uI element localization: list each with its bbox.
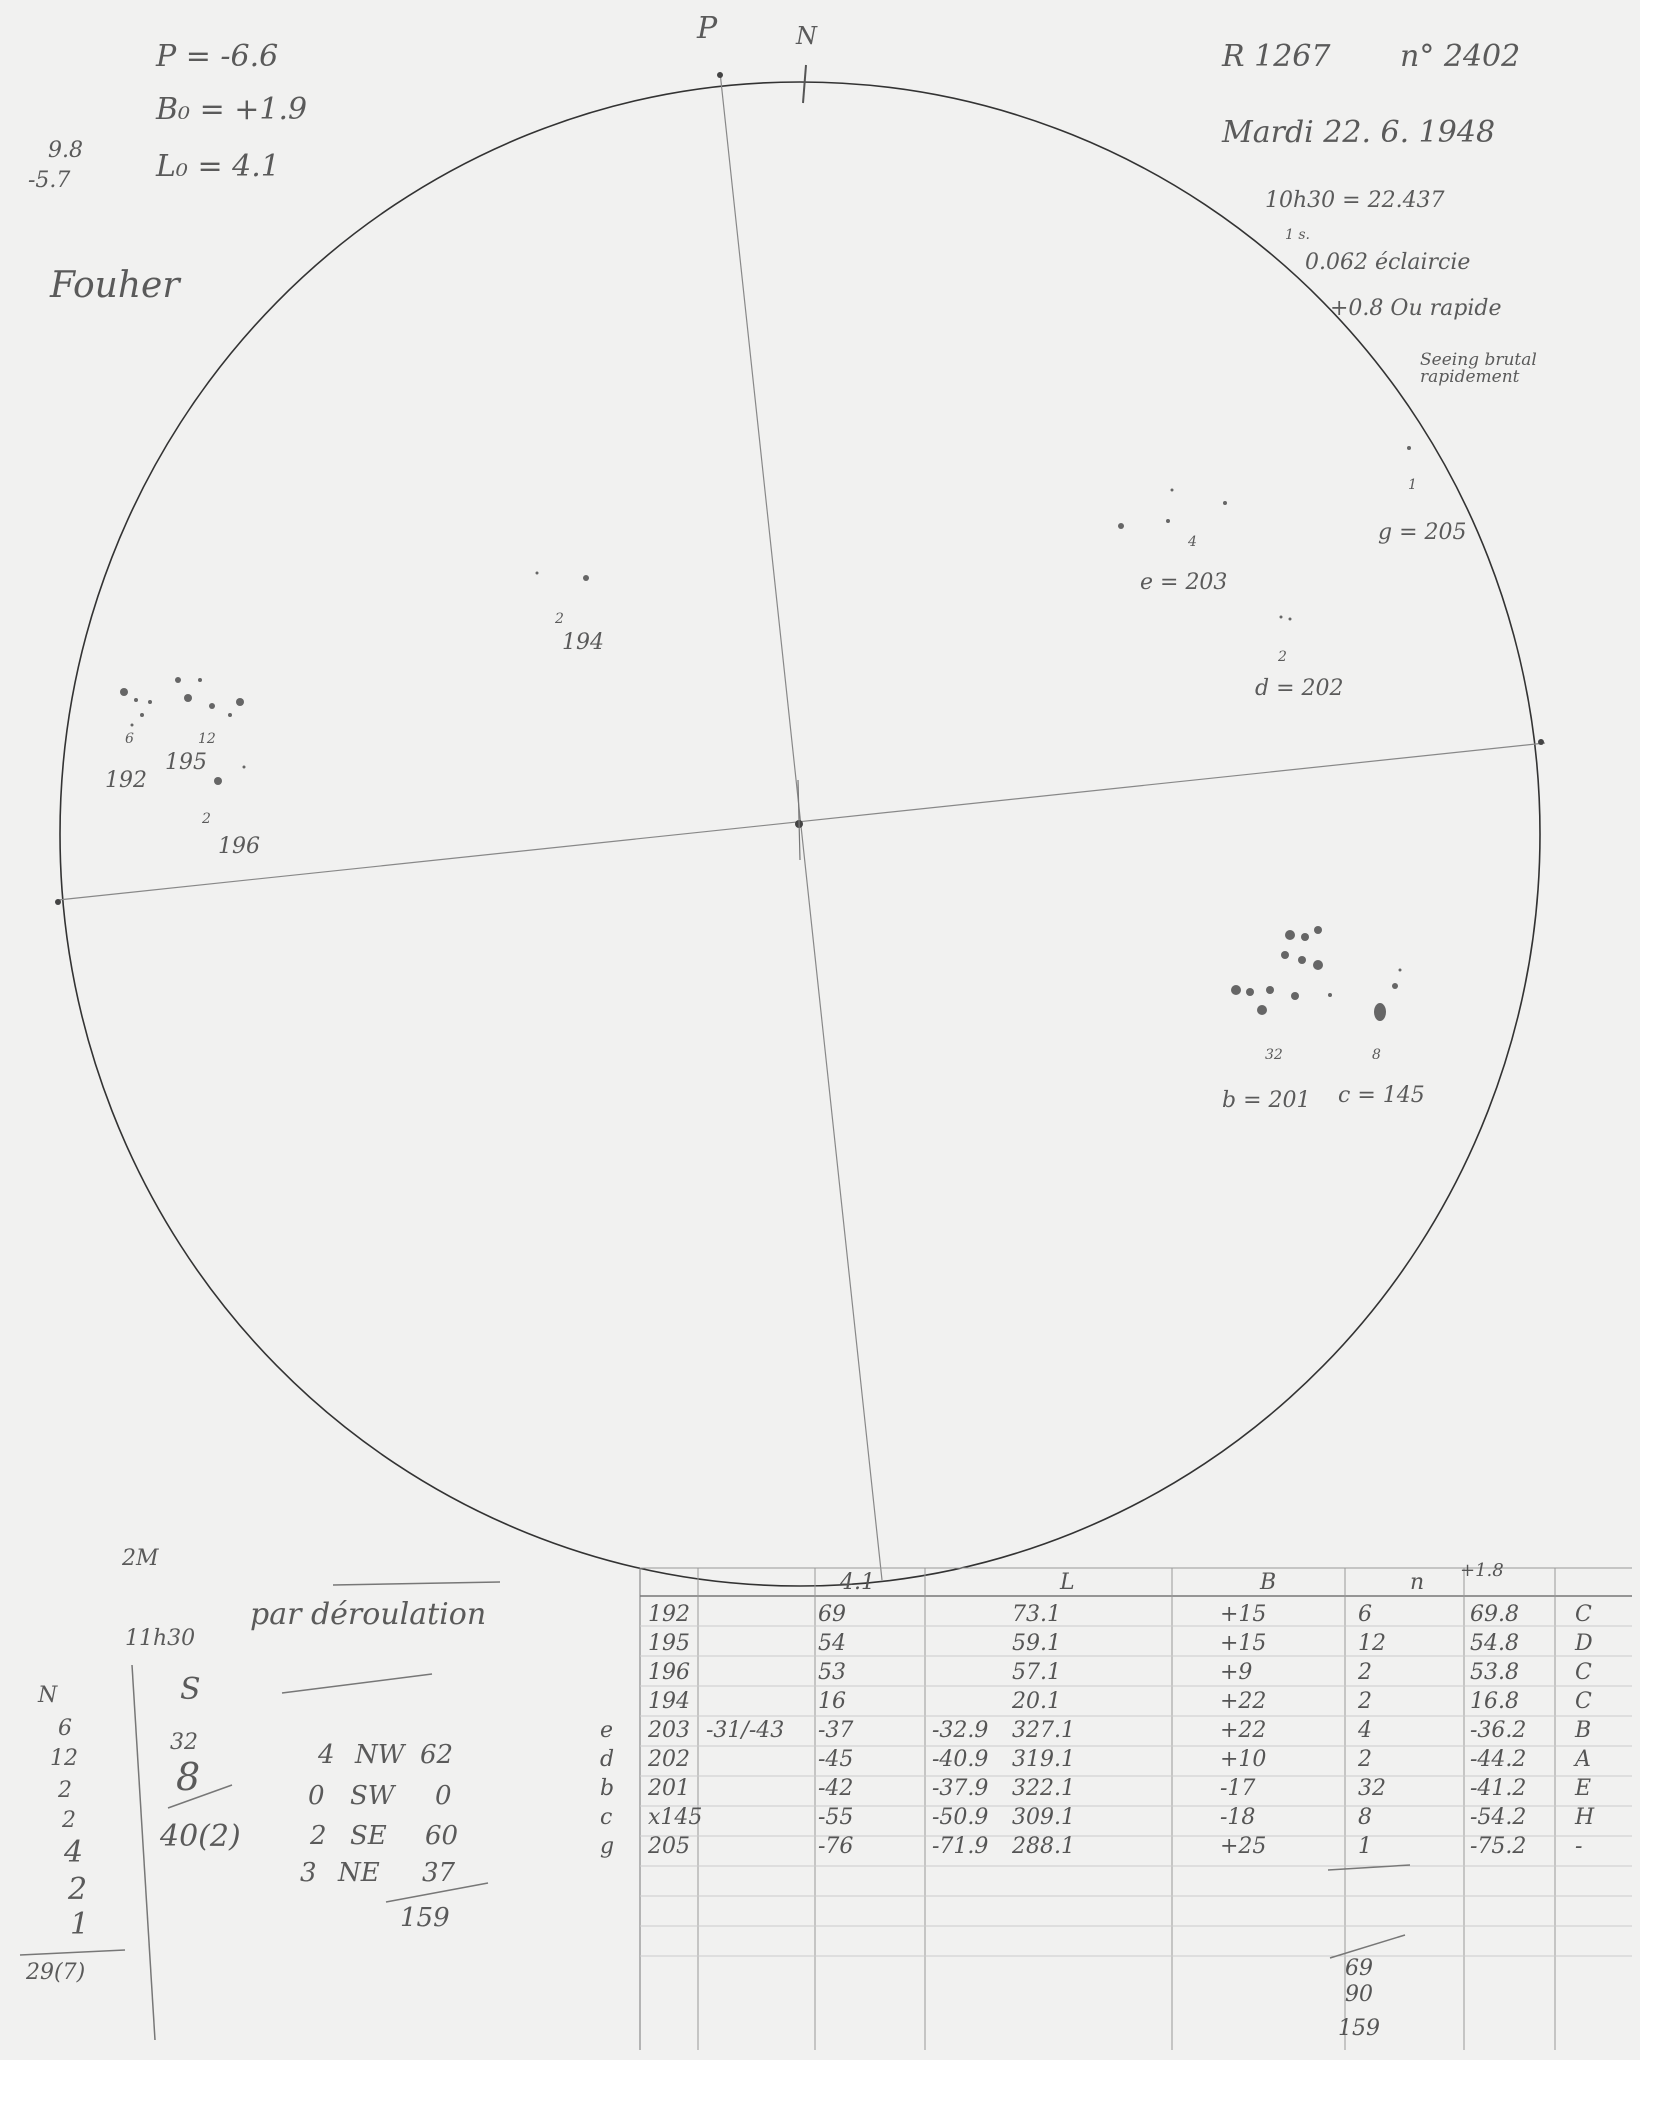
cell-n: 8: [1358, 1805, 1372, 1830]
cell-B: +22: [1220, 1718, 1266, 1743]
cell-cm: 69.8: [1470, 1602, 1519, 1627]
ns-divider: [132, 1665, 155, 2040]
p-angle-label: P = -6.6: [156, 42, 278, 72]
cell-letter: g: [600, 1834, 614, 1859]
cell-L: 59.1: [1012, 1631, 1061, 1656]
l0-label: L₀ = 4.1: [156, 152, 280, 182]
cell-L: 288.1: [1012, 1834, 1075, 1859]
pole-label-p: P: [697, 14, 717, 44]
cell-group: 201: [648, 1776, 690, 1801]
cell-cm: 53.8: [1470, 1660, 1519, 1685]
group-195-count: 12: [198, 732, 216, 746]
sunspot-marks: [120, 446, 1411, 1021]
time-value: 11h30: [125, 1628, 195, 1650]
cell-B: +9: [1220, 1660, 1252, 1685]
note-rapid: +0.8 Ou rapide: [1330, 298, 1501, 320]
group-c-label: c = 145: [1338, 1085, 1425, 1107]
cell-cm: -36.2: [1470, 1718, 1526, 1743]
n-subtotal-1: 69: [1345, 1956, 1373, 1981]
cell-group: 192: [648, 1602, 690, 1627]
cell-B: +15: [1220, 1602, 1266, 1627]
calc-bottom: -5.7: [28, 170, 70, 192]
cell-n: 2: [1358, 1747, 1372, 1772]
cell-B: -18: [1220, 1805, 1255, 1830]
cell-lon-diff: 53: [818, 1660, 846, 1685]
group-196-label: 196: [218, 836, 260, 858]
group-196-count: 2: [202, 812, 211, 826]
cell-cm: -44.2: [1470, 1747, 1526, 1772]
south-header: S: [180, 1675, 201, 1705]
cell-group: 203: [648, 1718, 690, 1743]
cell-lon-diff: 69: [818, 1602, 846, 1627]
cell-n: 32: [1358, 1776, 1386, 1801]
n-total: 159: [1338, 2016, 1380, 2041]
cell-class: D: [1575, 1631, 1593, 1656]
cell-n: 12: [1358, 1631, 1386, 1656]
cell-lon-diff: -37: [818, 1718, 853, 1743]
note-seeing: Seeing brutal rapidement: [1420, 352, 1610, 386]
observation-date: Mardi 22. 6. 1948: [1222, 118, 1495, 148]
cell-l-extra: -50.9: [932, 1805, 988, 1830]
cell-L: 57.1: [1012, 1660, 1061, 1685]
group-195-label: 195: [165, 752, 207, 774]
cell-L: 73.1: [1012, 1602, 1061, 1627]
group-194-label: 194: [562, 632, 604, 654]
cell-n: 1: [1358, 1834, 1372, 1859]
cell-l-extra: -32.9: [932, 1718, 988, 1743]
north-tick: [803, 65, 806, 103]
cell-class: C: [1575, 1602, 1592, 1627]
cell-lon-diff: -45: [818, 1747, 853, 1772]
cell-extra: -31/-43: [706, 1718, 784, 1743]
cell-cm: -54.2: [1470, 1805, 1526, 1830]
cell-group: 195: [648, 1631, 690, 1656]
group-b-label: b = 201: [1222, 1090, 1311, 1112]
cell-n: 2: [1358, 1689, 1372, 1714]
cell-letter: d: [600, 1747, 614, 1772]
cell-letter: e: [600, 1718, 613, 1743]
cell-letter: c: [600, 1805, 612, 1830]
cell-L: 20.1: [1012, 1689, 1061, 1714]
group-c-count: 8: [1372, 1048, 1381, 1062]
group-b-count: 32: [1265, 1048, 1283, 1062]
north-header: N: [38, 1685, 57, 1707]
cell-group: 194: [648, 1689, 690, 1714]
sheet-number: n° 2402: [1400, 42, 1520, 72]
cell-lon-diff: 16: [818, 1689, 846, 1714]
register-label: R 1267: [1222, 42, 1330, 72]
cell-class: A: [1575, 1747, 1591, 1772]
cell-l-extra: -71.9: [932, 1834, 988, 1859]
group-194-count: 2: [555, 612, 564, 626]
south-total: 40(2): [160, 1822, 241, 1852]
b0-label: B₀ = +1.9: [156, 95, 307, 125]
cell-L: 327.1: [1012, 1718, 1075, 1743]
observer-signature: Fouher: [50, 268, 180, 304]
note-1s: 1 s.: [1285, 228, 1310, 242]
group-g-label: g = 205: [1378, 522, 1467, 544]
cell-B: -17: [1220, 1776, 1255, 1801]
cell-group: 205: [648, 1834, 690, 1859]
cell-letter: b: [600, 1776, 614, 1801]
solar-disk: [60, 82, 1540, 1586]
n-subtotal-2: 90: [1345, 1982, 1373, 2007]
group-e-label: e = 203: [1140, 572, 1227, 594]
cell-lon-diff: -42: [818, 1776, 853, 1801]
cell-lon-diff: -55: [818, 1805, 853, 1830]
calc-top: 9.8: [48, 140, 83, 162]
cell-L: 319.1: [1012, 1747, 1075, 1772]
cell-class: C: [1575, 1689, 1592, 1714]
cell-B: +10: [1220, 1747, 1266, 1772]
group-e-count: 4: [1188, 535, 1197, 549]
cell-cm: -41.2: [1470, 1776, 1526, 1801]
cell-n: 6: [1358, 1602, 1372, 1627]
time-label-2m: 2M: [122, 1548, 159, 1570]
cell-B: +25: [1220, 1834, 1266, 1859]
cell-class: H: [1575, 1805, 1594, 1830]
cell-lon-diff: 54: [818, 1631, 846, 1656]
note-clear: 0.062 éclaircie: [1305, 252, 1470, 274]
cell-cm: -75.2: [1470, 1834, 1526, 1859]
group-data-table: 4.1 L B n +1.8 1926973.1+15669.8C1955459…: [640, 1568, 1640, 2048]
cell-class: E: [1575, 1776, 1591, 1801]
cell-group: 196: [648, 1660, 690, 1685]
cell-n: 2: [1358, 1660, 1372, 1685]
cell-L: 309.1: [1012, 1805, 1075, 1830]
cell-lon-diff: -76: [818, 1834, 853, 1859]
cell-cm: 54.8: [1470, 1631, 1519, 1656]
cell-B: +15: [1220, 1631, 1266, 1656]
cell-class: -: [1575, 1834, 1582, 1859]
cell-L: 322.1: [1012, 1776, 1075, 1801]
group-d-count: 2: [1278, 650, 1287, 664]
south-value-2: 8: [176, 1758, 200, 1796]
heading-par-deroulation: par déroulation: [250, 1600, 486, 1630]
group-192-count: 6: [125, 732, 134, 746]
cell-l-extra: -40.9: [932, 1747, 988, 1772]
cell-l-extra: -37.9: [932, 1776, 988, 1801]
cell-group: x145: [648, 1805, 702, 1830]
observation-sheet: P = -6.6 B₀ = +1.9 L₀ = 4.1 9.8 -5.7 Fou…: [0, 0, 1640, 2060]
group-d-label: d = 202: [1255, 678, 1344, 700]
cell-class: C: [1575, 1660, 1592, 1685]
cell-class: B: [1575, 1718, 1591, 1743]
group-g-count: 1: [1408, 478, 1417, 492]
south-value-1: 32: [170, 1732, 198, 1754]
group-192-label: 192: [105, 770, 147, 792]
north-total: 29(7): [26, 1962, 85, 1984]
cell-n: 4: [1358, 1718, 1372, 1743]
quadrant-total: 159: [400, 1905, 450, 1931]
pole-label-n: N: [796, 24, 817, 48]
cell-B: +22: [1220, 1689, 1266, 1714]
cell-group: 202: [648, 1747, 690, 1772]
cell-cm: 16.8: [1470, 1689, 1519, 1714]
observation-time: 10h30 = 22.437: [1265, 190, 1445, 212]
